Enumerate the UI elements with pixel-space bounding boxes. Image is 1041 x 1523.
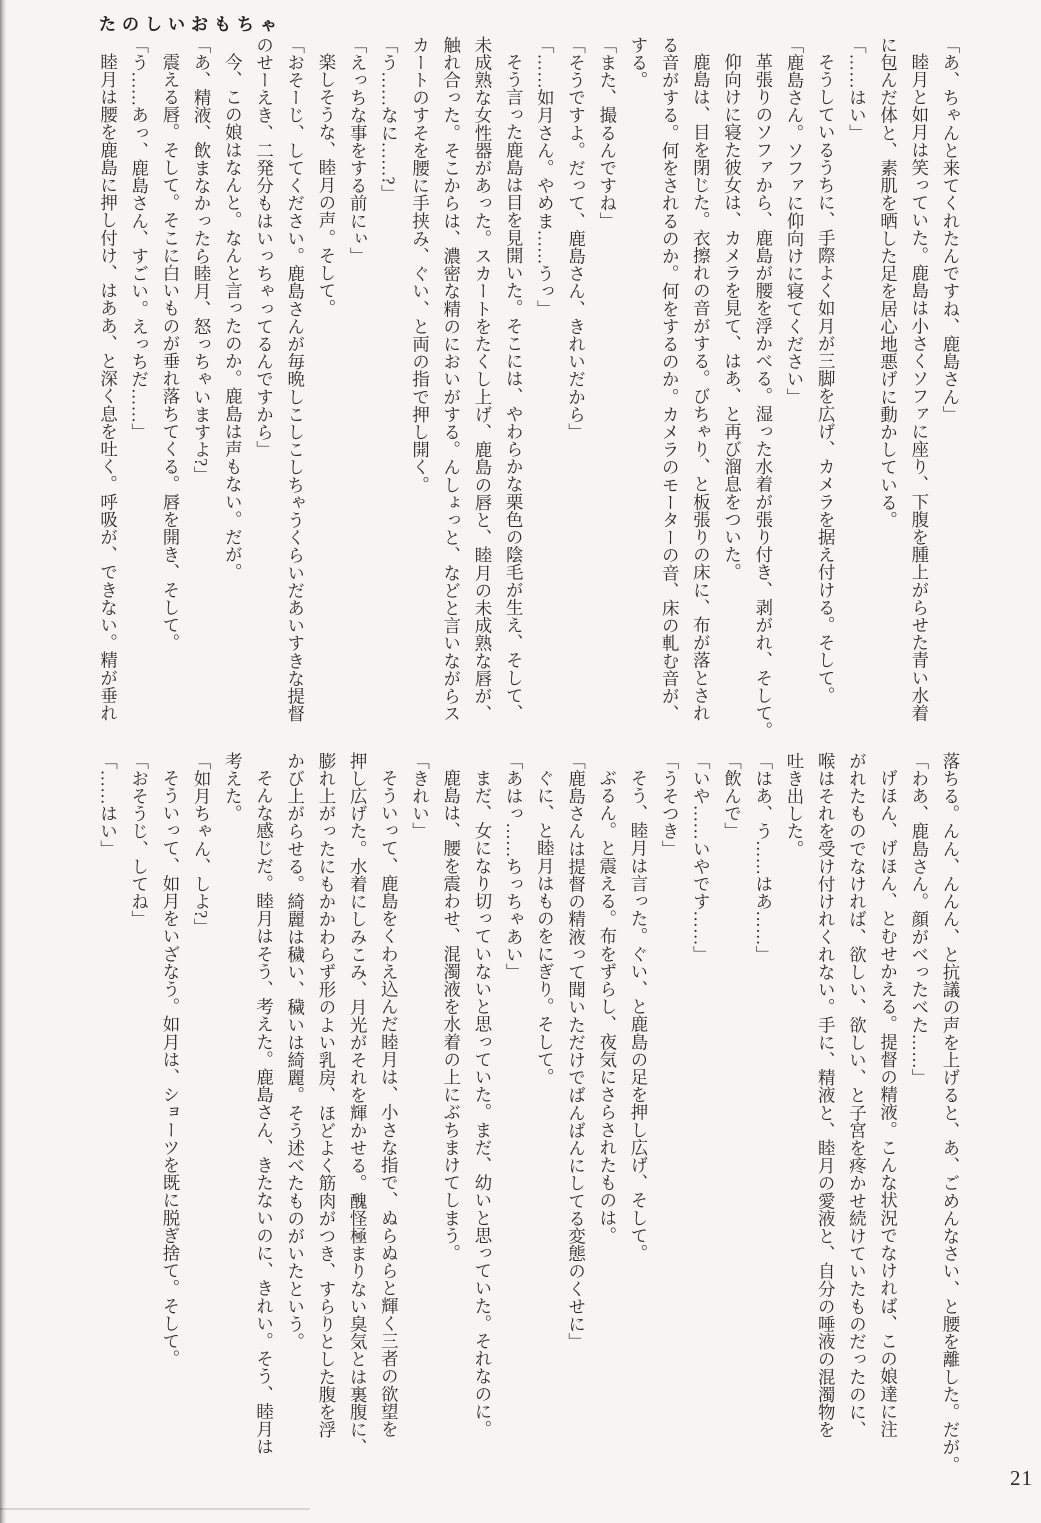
text-column: そう言った鹿島は目を見開いた。そこには、やわらかな栗色の陰毛が生え、そして、: [497, 36, 528, 748]
text-column: 「はあ、う……はあ……」: [747, 752, 778, 1468]
text-column: 楽しそうな、睦月の声。そして。: [310, 36, 341, 748]
text-column: 「……はい」: [91, 752, 122, 1468]
text-column: 「えっちな事をする前にぃ」: [341, 36, 372, 748]
text-column: 「きれい」: [403, 752, 434, 1468]
text-column: 革張りのソファから、鹿島が腰を浮かべる。湿った水着が張り付き、剥がれ、そして。: [747, 36, 778, 748]
text-column: 「鹿島さんは提督の精液って聞いただけでばんばんにしてる変態のくせに」: [559, 752, 590, 1468]
text-column: 未成熟な女性器があった。スカートをたくし上げ、鹿島の唇と、睦月の未成熟な唇が、: [466, 36, 497, 748]
text-column: ぐに、と睦月はものをにぎり。そして。: [528, 752, 559, 1468]
text-column: 「如月ちゃん、しよ?」: [185, 752, 216, 1468]
text-column: 震える唇。そして。そこに白いものが垂れ落ちてくる。唇を開き、そして。: [154, 36, 185, 748]
text-column: に包んだ体と、素肌を晒した足を居心地悪げに動かしている。: [871, 36, 902, 748]
text-column: 「飲んで」: [715, 752, 746, 1468]
scanned-page: { "page": { "header": "たのしいおもちゃ", "page_…: [0, 0, 1041, 1523]
text-column: のせーえき、二発分もはいっちゃってるんですから」: [247, 36, 278, 748]
text-column: 「あはっ……ちっちゃあい」: [497, 752, 528, 1468]
text-column: 「う……あっ、鹿島さん、すごい。えっちだ……」: [123, 36, 154, 748]
text-column: 「あ、精液、飲まなかったら睦月、怒っちゃいますよ?」: [185, 36, 216, 748]
text-column: がれたものでなければ、欲しい、欲しい、と子宮を疼かせ続けていたものだったのに、: [840, 752, 871, 1468]
text-column: る音がする。何をされるのか。何をするのか。カメラのモーターの音、床の軋む音が、: [653, 36, 684, 748]
text-column: 「あ、ちゃんと来てくれたんですね、鹿島さん」: [934, 36, 965, 748]
text-column: 睦月と如月は笑っていた。鹿島は小さくソファに座り、下腹を腫上がらせた青い水着: [903, 36, 934, 748]
text-column: 「わあ、鹿島さん。顔がべったべた……」: [903, 752, 934, 1468]
text-column: 押し広げた。水着にしみこみ、月光がそれを輝かせる。醜怪極まりない臭気とは裏腹に、: [341, 752, 372, 1468]
text-column: そうしているうちに、手際よく如月が三脚を広げ、カメラを据え付ける。そして。: [809, 36, 840, 748]
text-column: 落ちる。んん、んんん、と抗議の声を上げると、あ、ごめんなさい、と腰を離した。だが…: [934, 752, 965, 1468]
text-column: 考えた。: [216, 752, 247, 1468]
running-header-title: たのしいおもちゃ: [99, 10, 283, 35]
text-column: げほん、げほん、とむせかえる。提督の精液。こんな状況でなければ、この娘達に注: [871, 752, 902, 1468]
text-column: 「うそつき」: [653, 752, 684, 1468]
text-column: 触れ合った。そこからは、濃密な精のにおいがする。んしょっと、などと言いながらス: [435, 36, 466, 748]
text-column: 「う……なに……?」: [372, 36, 403, 748]
text-column: そんな感じだ。睦月はそう、考えた。鹿島さん、きたないのに、きれい。そう、睦月は: [247, 752, 278, 1468]
text-column: 「おそうじ、してね」: [123, 752, 154, 1468]
text-column: 「いや……いやです……」: [684, 752, 715, 1468]
page-bottom-edge: [0, 1508, 310, 1510]
text-column: 吐き出した。: [778, 752, 809, 1468]
text-column: カートのすそを腰に手挟み、ぐい、と両の指で押し開く。: [403, 36, 434, 748]
text-column: 喉はそれを受け付けれくれない。手に、精液と、睦月の愛液と、自分の唾液の混濁物を: [809, 752, 840, 1468]
text-column: 「また、撮るんですね」: [591, 36, 622, 748]
top-text-block: 「あ、ちゃんと来てくれたんですね、鹿島さん」睦月と如月は笑っていた。鹿島は小さく…: [91, 36, 965, 748]
text-column: まだ、女になり切っていないと思っていた。まだ、幼いと思っていた。それなのに。: [466, 752, 497, 1468]
text-column: 仰向けに寝た彼女は、カメラを見て、はあ、と再び溜息をついた。: [715, 36, 746, 748]
text-column: 「そうですよ。だって、鹿島さん、きれいだから」: [559, 36, 590, 748]
text-column: 睦月は腰を鹿島に押し付け、はああ、と深く息を吐く。呼吸が、できない。精が垂れ: [91, 36, 122, 748]
text-column: する。: [622, 36, 653, 748]
text-column: 膨れ上がったにもかかわらず形のよい乳房、ほどよく筋肉がつき、すらりとした腹を浮: [310, 752, 341, 1468]
text-column: 「おそーじ、してください。鹿島さんが毎晩しこしこしちゃうくらいだあいすきな提督: [279, 36, 310, 748]
text-column: そういって、鹿島をくわえ込んだ睦月は、小さな指で、ぬらぬらと輝く三者の欲望を: [372, 752, 403, 1468]
text-column: かび上がらせる。綺麗は穢い、穢いは綺麗。そう述べたものがいたという。: [279, 752, 310, 1468]
text-column: 「……如月さん。やめま……うっ」: [528, 36, 559, 748]
text-column: 「……はい」: [840, 36, 871, 748]
text-column: 鹿島は、腰を震わせ、混濁液を水着の上にぶちまけてしまう。: [435, 752, 466, 1468]
page-number: 21: [1010, 1466, 1033, 1491]
text-column: 今、この娘はなんと。なんと言ったのか。鹿島は声もない。だが。: [216, 36, 247, 748]
text-column: ぶるん。と震える。布をずらし、夜気にさらされたものは。: [591, 752, 622, 1468]
text-column: 「鹿島さん。ソファに仰向けに寝てください」: [778, 36, 809, 748]
page-edge-shadow: [0, 0, 7, 1523]
bottom-text-block: 落ちる。んん、んんん、と抗議の声を上げると、あ、ごめんなさい、と腰を離した。だが…: [91, 752, 965, 1468]
text-column: 鹿島は、目を閉じた。衣擦れの音がする。びちゃり、と板張りの床に、布が落とされ: [684, 36, 715, 748]
text-column: そういって、如月をいざなう。如月は、ショーツを既に脱ぎ捨て。そして。: [154, 752, 185, 1468]
text-column: そう、睦月は言った。ぐい、と鹿島の足を押し広げ、そして。: [622, 752, 653, 1468]
